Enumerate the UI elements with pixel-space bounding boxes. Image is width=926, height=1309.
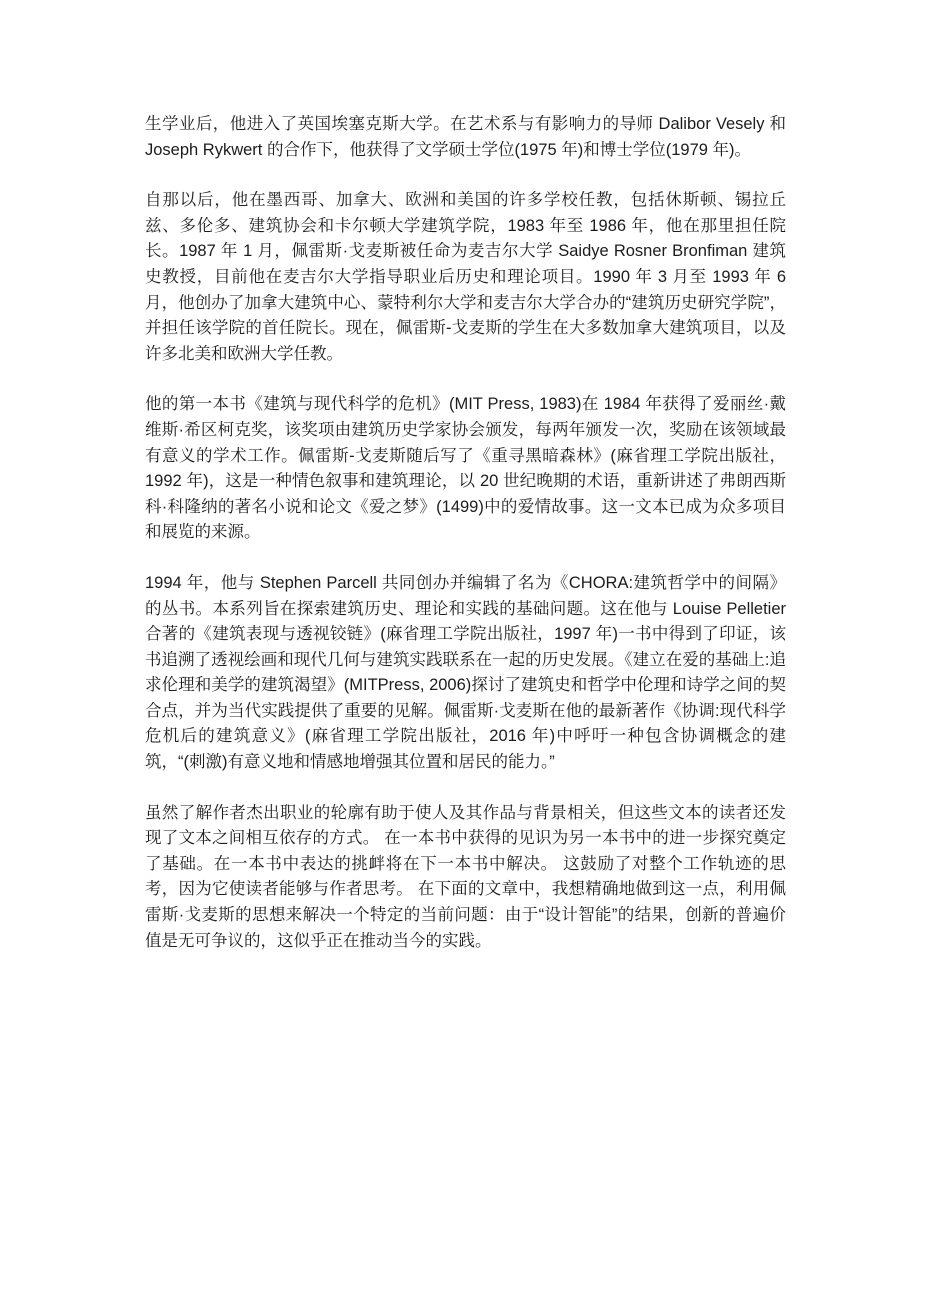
paragraph-education: 生学业后，他进入了英国埃塞克斯大学。在艺术系与有影响力的导师 Dalibor V… bbox=[145, 112, 786, 163]
paragraph-later-books: 1994 年，他与 Stephen Parcell 共同创办并编辑了名为《CHO… bbox=[145, 571, 786, 776]
paragraph-first-book: 他的第一本书《建筑与现代科学的危机》(MIT Press, 1983)在 198… bbox=[145, 392, 786, 546]
paragraph-conclusion: 虽然了解作者杰出职业的轮廓有助于使人及其作品与背景相关，但这些文本的读者还发现了… bbox=[145, 801, 786, 955]
paragraph-teaching-career: 自那以后，他在墨西哥、加拿大、欧洲和美国的许多学校任教，包括休斯顿、锡拉丘兹、多… bbox=[145, 188, 786, 367]
article-text-block: 生学业后，他进入了英国埃塞克斯大学。在艺术系与有影响力的导师 Dalibor V… bbox=[145, 112, 786, 979]
document-page: 生学业后，他进入了英国埃塞克斯大学。在艺术系与有影响力的导师 Dalibor V… bbox=[0, 0, 926, 1309]
